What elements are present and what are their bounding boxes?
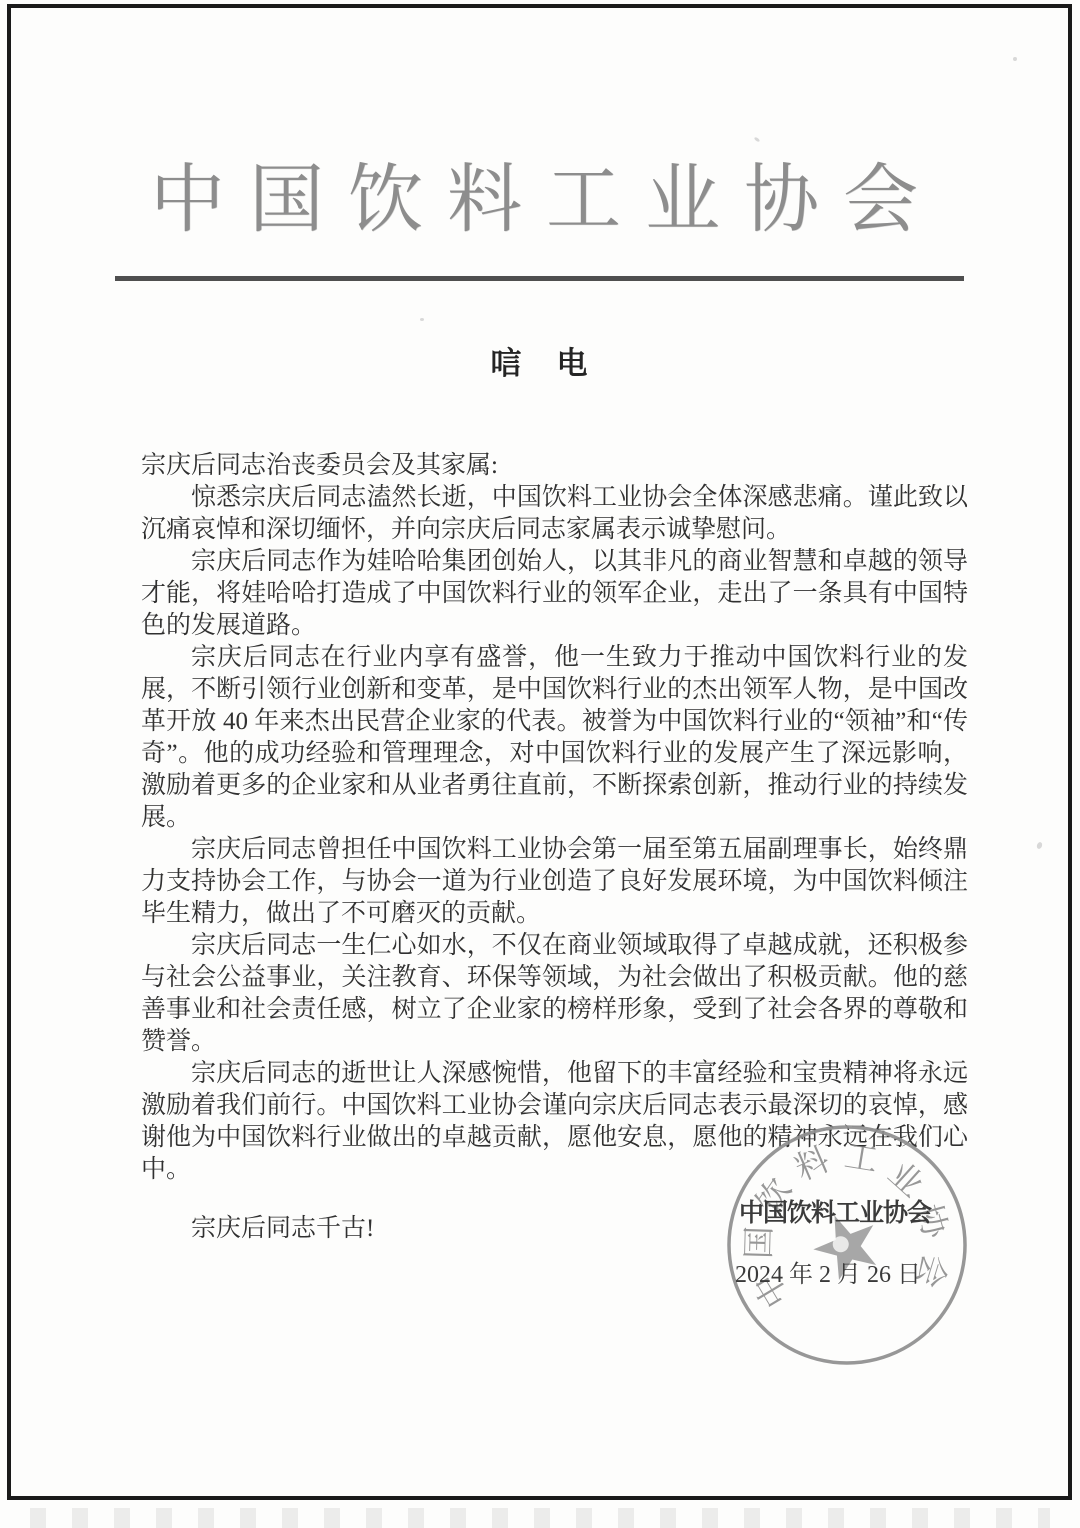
letterhead-divider [115,276,964,281]
body-paragraphs: 惊悉宗庆后同志溘然长逝，中国饮料工业协会全体深感悲痛。谨此致以沉痛哀悼和深切缅怀… [141,482,968,1186]
document-title: 唁 电 [0,338,1080,383]
seal-ring-char: 料 [790,1141,835,1188]
letterhead-title: 中国饮料工业协会 [0,163,1080,238]
scan-noise [208,678,212,681]
seal-ring-char: 工 [842,1139,880,1180]
scan-noise-strip [30,1508,1050,1528]
paragraph: 宗庆后同志作为娃哈哈集团创始人，以其非凡的商业智慧和卓越的领导才能，将娃哈哈打造… [141,546,968,642]
paragraph: 惊悉宗庆后同志溘然长逝，中国饮料工业协会全体深感悲痛。谨此致以沉痛哀悼和深切缅怀… [141,482,968,546]
scanned-condolence-letter: 中国饮料工业协会 唁 电 宗庆后同志治丧委员会及其家属: 惊悉宗庆后同志溘然长逝… [0,0,1080,1528]
paragraph: 宗庆后同志一生仁心如水，不仅在商业领域取得了卓越成就，还积极参与社会公益事业，关… [141,930,968,1058]
official-seal-stamp: 中国饮料工业协会 [711,1109,983,1381]
scan-noise [1036,841,1043,849]
signature-organization: 中国饮料工业协会 [739,1193,931,1229]
scan-noise [420,318,424,321]
scan-noise [1013,57,1017,61]
paragraph: 宗庆后同志曾担任中国饮料工业协会第一届至第五届副理事长，始终鼎力支持协会工作，与… [141,834,968,930]
paragraph: 宗庆后同志在行业内享有盛誉，他一生致力于推动中国饮料行业的发展，不断引领行业创新… [141,642,968,834]
date-line: 2024 年 2 月 26 日 [735,1254,921,1289]
scan-noise [754,137,761,143]
salutation: 宗庆后同志治丧委员会及其家属: [141,450,968,482]
